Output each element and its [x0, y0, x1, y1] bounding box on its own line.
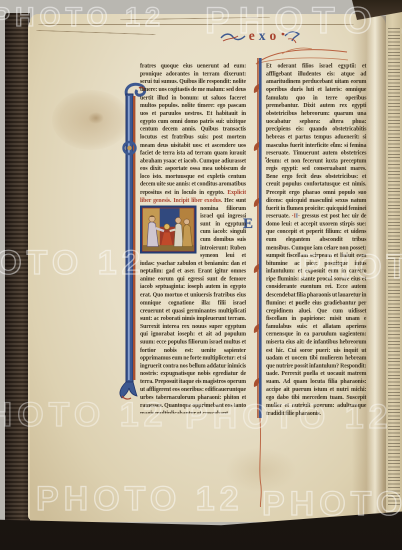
- watermark: PHOTO 12: [185, 398, 393, 437]
- watermark: PHOTO 12: [205, 0, 402, 42]
- text-column-right: Et oderant filios israel egyptii: et aff…: [266, 62, 366, 418]
- watermark: PHOTO 12: [298, 248, 402, 287]
- chapter-numeral: ·II·: [292, 213, 302, 219]
- text-column-left: fratres quoque eius uenerunt ad eum: pro…: [140, 62, 246, 413]
- watermark: PHOTO 12: [36, 480, 244, 519]
- right-column-text-part1: Et oderant filios israel egyptii: et aff…: [266, 63, 366, 219]
- watermark: PHOTO 12: [262, 485, 402, 524]
- watermark: PHOTO 12: [0, 244, 146, 283]
- watermark: PHOTO 12: [0, 2, 165, 33]
- genesis-ending-text: fratres quoque eius uenerunt ad eum: pro…: [140, 63, 246, 196]
- historiated-initial-miniature: [140, 205, 197, 253]
- watermark: PHOTO 12: [0, 396, 168, 435]
- photographed-manuscript: e x o: [0, 0, 402, 550]
- right-column-text-part2: gressus est post hec uir de domo leui: e…: [266, 213, 366, 417]
- parchment-stain: [88, 112, 104, 124]
